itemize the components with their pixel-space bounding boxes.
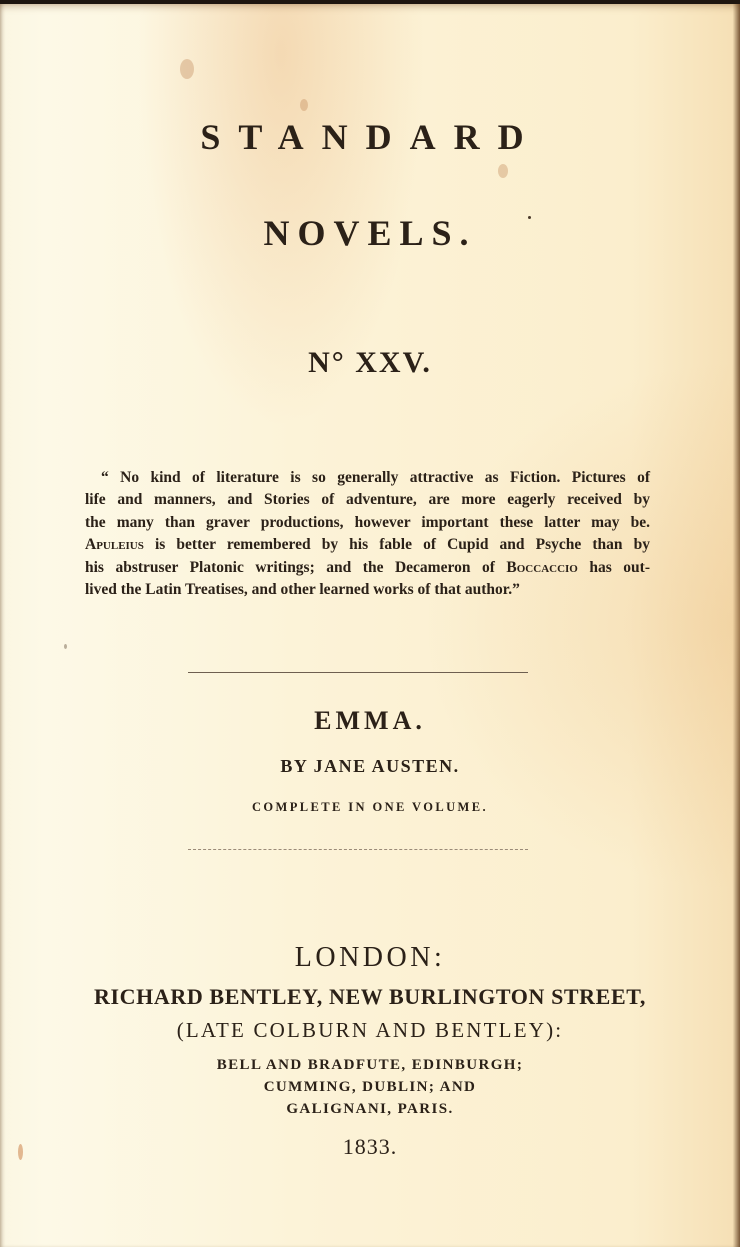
imprint-distributor: CUMMING, DUBLIN; AND xyxy=(0,1079,740,1096)
imprint-publisher-former: (LATE COLBURN AND BENTLEY): xyxy=(0,1018,740,1043)
imprint-city: LONDON: xyxy=(0,942,740,974)
epigraph-text: his abstruser Platonic writings; and the… xyxy=(85,559,506,576)
series-title: STANDARD xyxy=(0,116,724,158)
imprint-distributor: GALIGNANI, PARIS. xyxy=(0,1101,740,1118)
divider-rule xyxy=(188,849,528,850)
epigraph-line: Apuleius is better remembered by his fab… xyxy=(85,534,650,556)
epigraph-text: is better remembered by his fable of Cup… xyxy=(144,536,650,553)
epigraph-text: has out- xyxy=(578,559,650,576)
foxing-spot xyxy=(300,99,308,111)
imprint-publisher: RICHARD BENTLEY, NEW BURLINGTON STREET, xyxy=(0,984,740,1010)
series-subtitle: NOVELS. xyxy=(0,212,740,254)
imprint-distributor: BELL AND BRADFUTE, EDINBURGH; xyxy=(0,1057,740,1074)
epigraph-name-boccaccio: Boccaccio xyxy=(506,559,577,576)
series-number: N° XXV. xyxy=(0,346,740,380)
divider-rule xyxy=(188,672,528,673)
epigraph-line: life and manners, and Stories of adventu… xyxy=(85,489,650,511)
epigraph-line: his abstruser Platonic writings; and the… xyxy=(85,557,650,579)
title-page: STANDARD NOVELS. N° XXV. “ No kind of li… xyxy=(0,4,740,1247)
epigraph-line: the many than graver productions, howeve… xyxy=(85,512,650,534)
foxing-spot xyxy=(498,164,508,178)
epigraph-line: lived the Latin Treatises, and other lea… xyxy=(85,579,650,601)
epigraph-name-apuleius: Apuleius xyxy=(85,536,144,553)
book-title: EMMA. xyxy=(0,706,740,736)
foxing-spot xyxy=(64,644,67,649)
foxing-spot xyxy=(180,59,194,79)
epigraph: “ No kind of literature is so generally … xyxy=(85,467,650,601)
imprint-year: 1833. xyxy=(0,1134,740,1160)
edition-note: COMPLETE IN ONE VOLUME. xyxy=(0,800,740,815)
epigraph-line: “ No kind of literature is so generally … xyxy=(85,467,650,489)
author-line: BY JANE AUSTEN. xyxy=(0,756,740,777)
